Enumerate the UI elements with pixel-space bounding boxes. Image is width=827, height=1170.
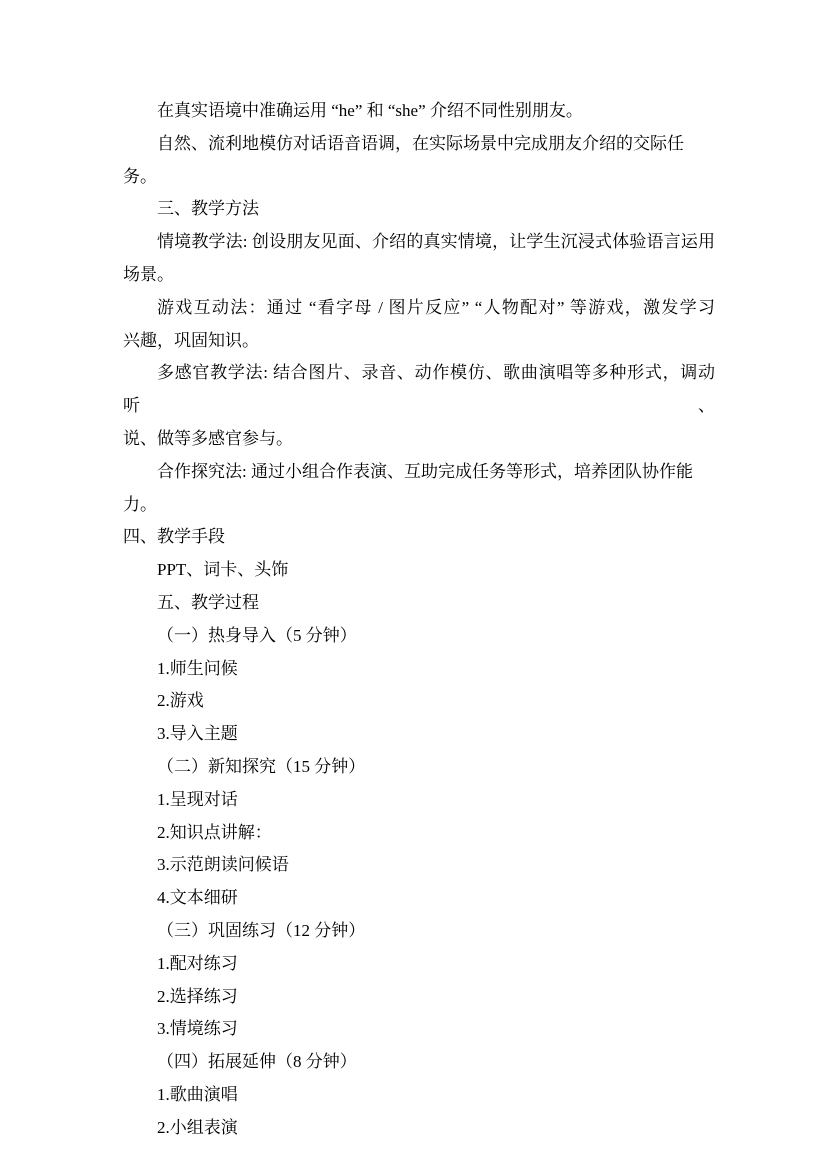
doc-line: 2.知识点讲解：	[123, 817, 715, 850]
doc-line: 1.歌曲演唱	[123, 1079, 715, 1112]
doc-line: 情境教学法: 创设朋友见面、介绍的真实情境，让学生沉浸式体验语言运用	[123, 226, 715, 259]
doc-line: （三）巩固练习（12 分钟）	[123, 915, 715, 948]
doc-line: 多感官教学法: 结合图片、录音、动作模仿、歌曲演唱等多种形式，调动听、	[123, 357, 715, 423]
document-page: 在真实语境中准确运用 “he” 和 “she” 介绍不同性别朋友。自然、流利地模…	[0, 0, 827, 1170]
doc-line: 说、做等多感官参与。	[123, 423, 715, 456]
doc-line: 1.呈现对话	[123, 784, 715, 817]
doc-line: 三、教学方法	[123, 193, 715, 226]
doc-line: （二）新知探究（15 分钟）	[123, 751, 715, 784]
doc-line: 四、教学手段	[123, 521, 715, 554]
doc-line: 合作探究法: 通过小组合作表演、互助完成任务等形式，培养团队协作能力。	[123, 456, 715, 522]
doc-line: 1.师生问候	[123, 653, 715, 686]
doc-line: （四）拓展延伸（8 分钟）	[123, 1046, 715, 1079]
doc-line: 1.配对练习	[123, 948, 715, 981]
doc-line: 3.示范朗读问候语	[123, 849, 715, 882]
doc-line: 游戏互动法：通过 “看字母 / 图片反应” “人物配对” 等游戏，激发学习	[123, 292, 715, 325]
doc-line: 兴趣，巩固知识。	[123, 325, 715, 358]
doc-line: 在真实语境中准确运用 “he” 和 “she” 介绍不同性别朋友。	[123, 95, 715, 128]
doc-line: （一）热身导入（5 分钟）	[123, 620, 715, 653]
doc-line: 2.游戏	[123, 685, 715, 718]
doc-line: 场景。	[123, 259, 715, 292]
doc-line: 2.小组表演	[123, 1112, 715, 1145]
doc-line: 2.选择练习	[123, 981, 715, 1014]
doc-line: 3.情境练习	[123, 1013, 715, 1046]
doc-line: 五、教学过程	[123, 587, 715, 620]
doc-line: 自然、流利地模仿对话语音语调，在实际场景中完成朋友介绍的交际任务。	[123, 128, 715, 194]
doc-line: 4.文本细研	[123, 882, 715, 915]
doc-line: PPT、词卡、头饰	[123, 554, 715, 587]
doc-line: 3.导入主题	[123, 718, 715, 751]
